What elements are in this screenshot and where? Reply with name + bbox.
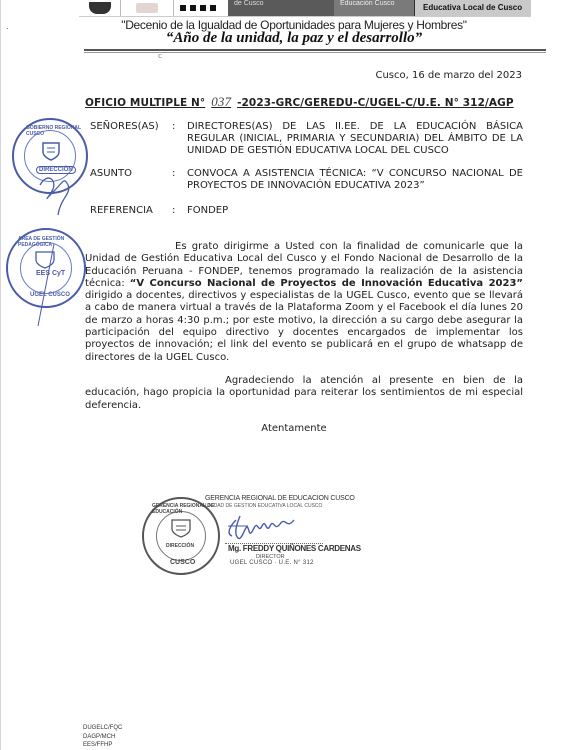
body-paragraph-2: Agradeciendo la atención al presente en … <box>85 375 523 412</box>
initials-line: DAGP/MCH <box>83 733 122 742</box>
stamp-text: DIRECCIÓN <box>166 543 194 549</box>
closing: Atentamente <box>0 423 588 434</box>
handwritten-signature <box>222 512 302 544</box>
field-colon: : <box>172 205 175 217</box>
oficio-suffix: -2023-GRC/GEREDU-C/UGEL-C/U.E. N° 312/AG… <box>237 97 514 109</box>
regional-logo <box>121 0 174 16</box>
oficio-reference: OFICIO MULTIPLE N°037-2023-GRC/GEREDU-C/… <box>85 94 514 110</box>
field-value: DIRECTORES(AS) DE LAS II.EE. DE LA EDUCA… <box>187 121 523 157</box>
initials-line: DUGELC/FQC <box>83 724 122 733</box>
initials-line: EES/FFHP <box>83 741 122 750</box>
field-label: SEÑORES(AS) <box>90 121 170 133</box>
field-value: CONVOCA A ASISTENCIA TÉCNICA: “V CONCURS… <box>187 168 523 192</box>
shield-icon <box>40 140 62 162</box>
signature-org-line1: GERENCIA REGIONAL DE EDUCACION CUSCO <box>205 495 355 502</box>
banner-cell-gobierno: de Cusco <box>228 0 334 16</box>
handwritten-initial <box>30 165 90 220</box>
stamp-text: GOBIERNO REGIONAL CUSCO <box>26 125 86 137</box>
coat-of-arms-logo <box>79 0 121 16</box>
header-banner: de Cusco Educación Cusco Educativa Local… <box>79 0 531 17</box>
oficio-number: 037 <box>211 94 231 109</box>
handwritten-stroke <box>20 240 60 330</box>
field-colon: : <box>172 121 175 133</box>
header-rule-thin <box>84 52 546 53</box>
paragraph-text: dirigido a docentes, directivos y especi… <box>85 290 523 362</box>
stamp-text: CUSCO <box>170 559 195 566</box>
margin-mark: c <box>158 52 162 60</box>
field-colon: : <box>172 168 175 180</box>
footer-initials: DUGELC/FQC DAGP/MCH EES/FFHP <box>83 724 122 750</box>
signer-name: Mg. FREDDY QUIÑONES CARDENAS <box>228 544 361 553</box>
banner-cell-ugel: Educativa Local de Cusco <box>414 0 531 16</box>
paragraph-text: Agradeciendo la atención al presente en … <box>85 375 523 411</box>
body-paragraph-1: Es grato dirigirme a Usted con la finali… <box>85 241 523 364</box>
logo-blocks <box>174 0 228 16</box>
signer-unit: UGEL CUSCO · U.E. N° 312 <box>230 560 314 566</box>
signature-org-line2: UNIDAD DE GESTION EDUCATIVA LOCAL CUSCO <box>205 503 322 509</box>
event-title: “V Concurso Nacional de Proyectos de Inn… <box>130 278 523 289</box>
field-label: REFERENCIA <box>90 205 170 217</box>
page-edge <box>0 0 1 750</box>
coat-of-arms-icon <box>169 517 193 539</box>
document-page: de Cusco Educación Cusco Educativa Local… <box>0 0 588 750</box>
year-slogan: “Año de la unidad, la paz y el desarroll… <box>0 30 588 47</box>
oficio-prefix: OFICIO MULTIPLE N° <box>85 97 205 109</box>
field-label: ASUNTO <box>90 168 170 180</box>
banner-cell-gerencia: Educación Cusco <box>334 0 414 16</box>
document-date: Cusco, 16 de marzo del 2023 <box>375 70 522 81</box>
header-rule <box>84 49 546 51</box>
field-value: FONDEP <box>187 205 523 217</box>
